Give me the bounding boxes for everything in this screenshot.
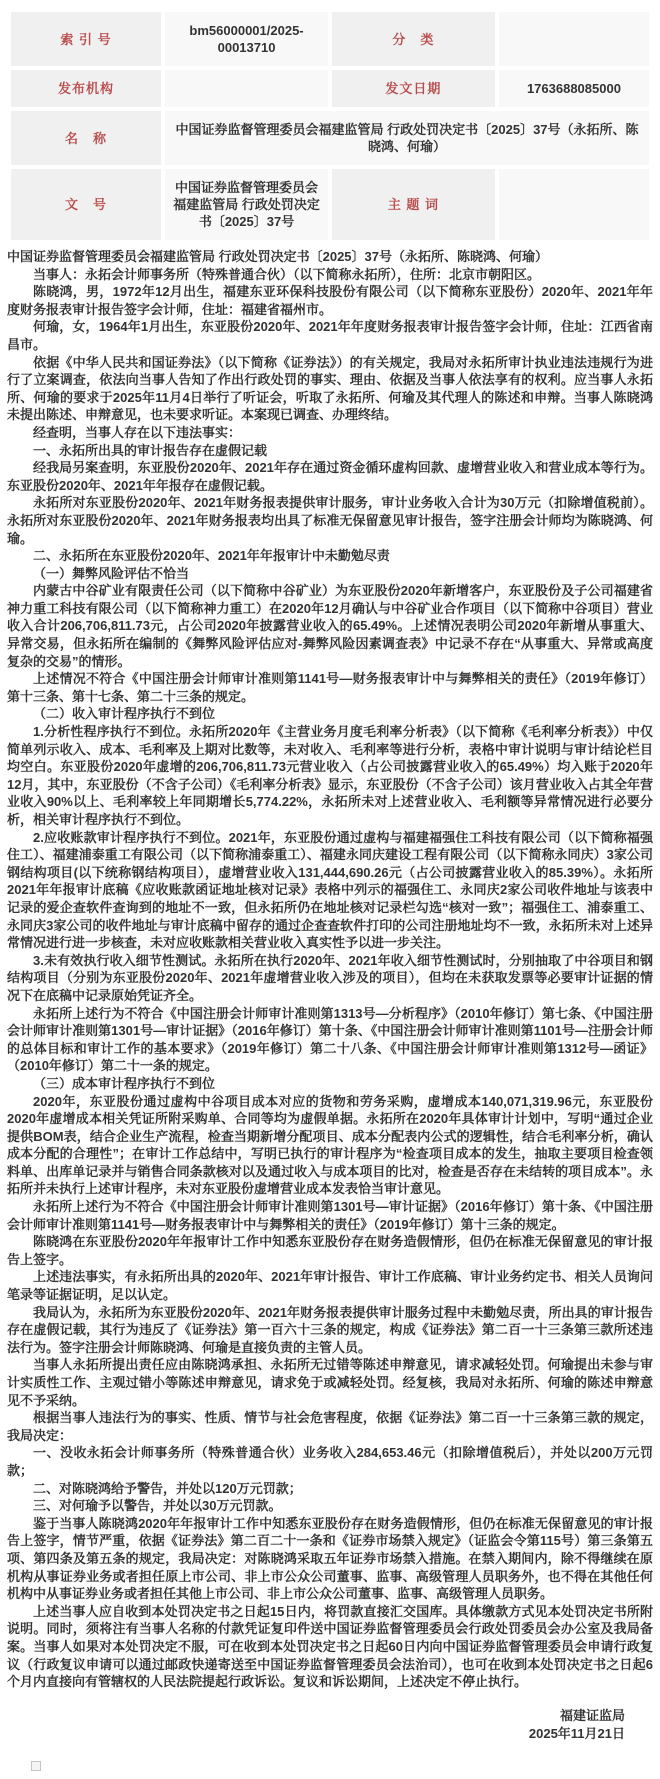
body-paragraph: 陈晓鸿在东亚股份2020年年报审计工作中知悉东亚股份存在财务造假情形，但仍在标准… [7,1233,653,1268]
body-paragraph: 2020年，东亚股份通过虚构中谷项目成本对应的货物和劳务采购，虚增成本140,0… [7,1093,653,1199]
body-paragraph: 永拓所上述行为不符合《中国注册会计师审计准则第1301号—审计证据》（2016年… [7,1198,653,1233]
doc-number-label: 文 号 [9,167,163,242]
category-label: 分 类 [330,10,497,68]
issuing-agency-value [163,68,330,109]
metadata-table: 索 引 号 bm56000001/2025-00013710 分 类 发布机构 … [9,10,651,242]
issuing-agency-label: 发布机构 [9,68,163,109]
body-paragraph: 3.未有效执行收入细节性测试。永拓所在执行2020年、2021年收入细节性测试时… [7,952,653,1005]
body-paragraph: 经我局另案查明，东亚股份2020年、2021年存在通过资金循环虚构回款、虚增营业… [7,459,653,494]
document-page: 索 引 号 bm56000001/2025-00013710 分 类 发布机构 … [0,10,660,1771]
body-paragraph: 上述情况不符合《中国注册会计师审计准则第1141号—财务报表审计中与舞弊相关的责… [7,670,653,705]
body-paragraph: 二、对陈晓鸿给予警告，并处以120万元罚款； [7,1480,653,1498]
doc-title-label: 名 称 [9,109,163,167]
body-paragraph: （一）舞弊风险评估不恰当 [7,565,653,583]
document-body: 中国证券监督管理委员会福建监管局 行政处罚决定书〔2025〕37号（永拓所、陈晓… [0,242,660,1771]
publish-date-value: 1763688085000 [497,68,651,109]
body-paragraph: 一、永拓所出具的审计报告存在虚假记载 [7,442,653,460]
signature-block: 福建证监局 2025年11月21日 [7,1707,653,1743]
body-paragraph: 根据当事人违法行为的事实、性质、情节与社会危害程度，依据《证券法》第二百一十三条… [7,1409,653,1444]
body-paragraph: 三、对何瑜予以警告，并处以30万元罚款。 [7,1497,653,1515]
body-paragraph: 上述当事人应自收到本处罚决定书之日起15日内，将罚款直接汇交国库。具体缴款方式见… [7,1603,653,1691]
body-paragraph: （三）成本审计程序执行不到位 [7,1075,653,1093]
body-paragraph: 2.应收账款审计程序执行不到位。2021年，东亚股份通过虚构与福建福强住工科技有… [7,829,653,952]
body-paragraph: 二、永拓所在东亚股份2020年、2021年年报审计中未勤勉尽责 [7,547,653,565]
body-paragraph: 上述违法事实，有永拓所出具的2020年、2021年审计报告、审计工作底稿、审计业… [7,1268,653,1303]
subject-words-label: 主 题 词 [330,167,497,242]
index-number-label: 索 引 号 [9,10,163,68]
page-end-marker [31,1761,41,1771]
paragraph-list: 当事人：永拓会计师事务所（特殊普通合伙）（以下简称永拓所），住所：北京市朝阳区。… [7,266,653,1691]
body-paragraph: 当事人永拓所提出责任应由陈晓鸿承担、永拓所无过错等陈述申辩意见，请求减轻处罚。何… [7,1356,653,1409]
body-paragraph: 我局认为，永拓所为东亚股份2020年、2021年财务报表提供审计服务过程中未勤勉… [7,1304,653,1357]
table-row: 索 引 号 bm56000001/2025-00013710 分 类 [9,10,651,68]
body-paragraph: （二）收入审计程序执行不到位 [7,705,653,723]
doc-title-value: 中国证券监督管理委员会福建监管局 行政处罚决定书〔2025〕37号（永拓所、陈晓… [163,109,651,167]
table-row: 发布机构 发文日期 1763688085000 [9,68,651,109]
doc-number-value: 中国证券监督管理委员会福建监管局 行政处罚决定书〔2025〕37号 [163,167,330,242]
body-paragraph: 当事人：永拓会计师事务所（特殊普通合伙）（以下简称永拓所），住所：北京市朝阳区。 [7,266,653,284]
body-paragraph: 依据《中华人民共和国证券法》（以下简称《证券法》）的有关规定，我局对永拓所审计执… [7,354,653,424]
index-number-value: bm56000001/2025-00013710 [163,10,330,68]
subject-words-value [497,167,651,242]
table-row: 名 称 中国证券监督管理委员会福建监管局 行政处罚决定书〔2025〕37号（永拓… [9,109,651,167]
body-paragraph: 经查明，当事人存在以下违法事实： [7,424,653,442]
document-title: 中国证券监督管理委员会福建监管局 行政处罚决定书〔2025〕37号（永拓所、陈晓… [7,248,653,266]
body-paragraph: 何瑜，女，1964年1月出生，东亚股份2020年、2021年年度财务报表审计报告… [7,318,653,353]
body-paragraph: 1.分析性程序执行不到位。永拓所2020年《主营业务月度毛利率分析表》（以下简称… [7,723,653,829]
body-paragraph: 一、没收永拓会计师事务所（特殊普通合伙）业务收入284,653.46元（扣除增值… [7,1444,653,1479]
signature-date: 2025年11月21日 [7,1725,625,1743]
body-paragraph: 鉴于当事人陈晓鸿2020年年报审计工作中知悉东亚股份存在财务造假情形，但仍在标准… [7,1515,653,1603]
signature-issuer: 福建证监局 [7,1707,625,1725]
publish-date-label: 发文日期 [330,68,497,109]
category-value [497,10,651,68]
table-row: 文 号 中国证券监督管理委员会福建监管局 行政处罚决定书〔2025〕37号 主 … [9,167,651,242]
body-paragraph: 内蒙古中谷矿业有限责任公司（以下简称中谷矿业）为东亚股份2020年新增客户，东亚… [7,582,653,670]
body-paragraph: 永拓所上述行为不符合《中国注册会计师审计准则第1313号—分析程序》（2010年… [7,1005,653,1075]
body-paragraph: 陈晓鸿，男，1972年12月出生，福建东亚环保科技股份有限公司（以下简称东亚股份… [7,283,653,318]
body-paragraph: 永拓所对东亚股份2020年、2021年财务报表提供审计服务，审计业务收入合计为3… [7,494,653,547]
